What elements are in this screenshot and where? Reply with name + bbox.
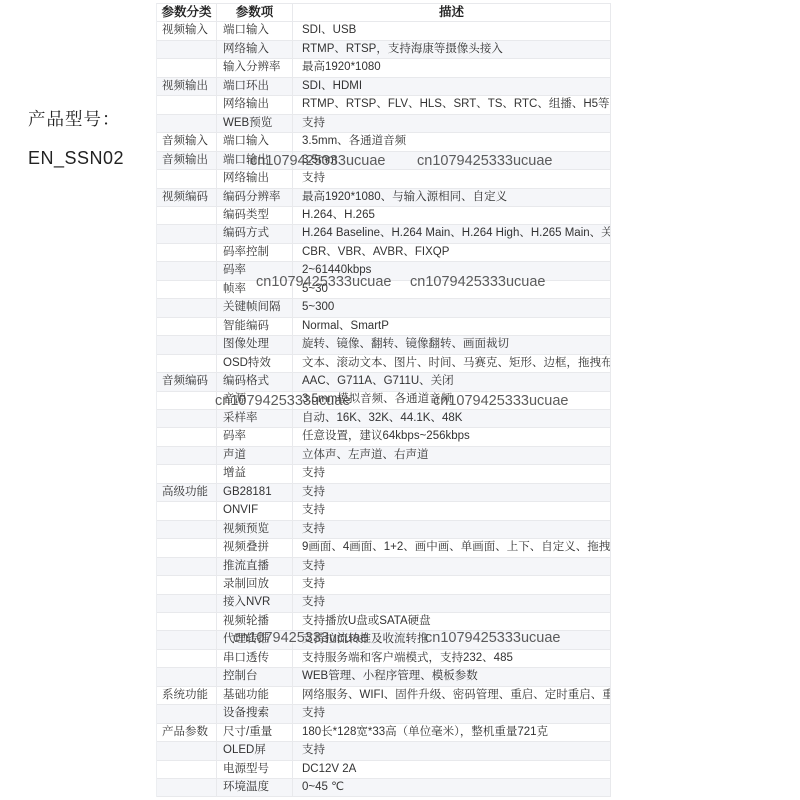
category-cell (157, 521, 217, 538)
category-cell (157, 281, 217, 298)
table-row: 码率2~61440kbps (157, 262, 610, 280)
table-row: 产品参数尺寸/重量180长*128宽*33高（单位毫米），整机重量721克 (157, 724, 610, 742)
category-cell (157, 613, 217, 630)
category-cell (157, 318, 217, 335)
table-row: 音频编码编码格式AAC、G711A、G711U、关闭 (157, 373, 610, 391)
category-cell: 音频编码 (157, 373, 217, 390)
product-model-value: EN_SSN02 (28, 148, 124, 169)
category-cell (157, 41, 217, 58)
table-row: 环境温度0~45 ℃ (157, 779, 610, 797)
item-cell: 图像处理 (217, 336, 293, 353)
table-row: 视频输出端口环出SDI、HDMI (157, 78, 610, 96)
item-cell: 码率控制 (217, 244, 293, 261)
category-cell (157, 705, 217, 722)
category-cell (157, 742, 217, 759)
desc-cell: 0~45 ℃ (293, 779, 610, 796)
table-row: 编码类型H.264、H.265 (157, 207, 610, 225)
table-row: 声道立体声、左声道、右声道 (157, 447, 610, 465)
desc-cell: 任意设置，建议64kbps~256kbps (293, 428, 610, 445)
table-row: WEB预览支持 (157, 115, 610, 133)
desc-cell: 支持 (293, 558, 610, 575)
desc-cell: 9画面、4画面、1+2、画中画、单画面、上下、自定义、拖拽布局 (293, 539, 610, 556)
table-row: 码率任意设置，建议64kbps~256kbps (157, 428, 610, 446)
item-cell: 网络输出 (217, 170, 293, 187)
category-cell (157, 336, 217, 353)
category-cell (157, 595, 217, 612)
desc-cell: 支持 (293, 576, 610, 593)
desc-cell: 支持 (293, 484, 610, 501)
desc-cell: DC12V 2A (293, 761, 610, 778)
category-cell (157, 115, 217, 132)
item-cell: 接入NVR (217, 595, 293, 612)
item-cell: 推流直播 (217, 558, 293, 575)
desc-cell: CBR、VBR、AVBR、FIXQP (293, 244, 610, 261)
category-cell (157, 650, 217, 667)
item-cell: 电源型号 (217, 761, 293, 778)
table-row: 音频输入端口输入3.5mm、各通道音频 (157, 133, 610, 151)
table-row: 输入分辨率最高1920*1080 (157, 59, 610, 77)
desc-cell: 支持播放U盘或SATA硬盘 (293, 613, 610, 630)
table-row: 推流直播支持 (157, 558, 610, 576)
item-cell: 视频轮播 (217, 613, 293, 630)
category-cell (157, 207, 217, 224)
table-row: OSD特效文本、滚动文本、图片、时间、马赛克、矩形、边框，拖拽布局 (157, 355, 610, 373)
table-row: 音频输出端口输出3.5mm (157, 152, 610, 170)
category-cell (157, 465, 217, 482)
table-header-row: 参数分类 参数项 描述 (157, 4, 610, 22)
category-cell: 系统功能 (157, 687, 217, 704)
desc-cell: Normal、SmartP (293, 318, 610, 335)
category-cell (157, 244, 217, 261)
desc-cell: 最高1920*1080 (293, 59, 610, 76)
table-row: 增益支持 (157, 465, 610, 483)
table-row: 网络输出支持 (157, 170, 610, 188)
desc-cell: 文本、滚动文本、图片、时间、马赛克、矩形、边框，拖拽布局 (293, 355, 610, 372)
item-cell: 端口环出 (217, 78, 293, 95)
table-row: ONVIF支持 (157, 502, 610, 520)
desc-cell: 立体声、左声道、右声道 (293, 447, 610, 464)
category-cell (157, 447, 217, 464)
category-cell (157, 631, 217, 648)
desc-cell: 网络服务、WIFI、固件升级、密码管理、重启、定时重启、重置、NTP (293, 687, 610, 704)
table-row: 关键帧间隔5~300 (157, 299, 610, 317)
category-cell: 视频编码 (157, 189, 217, 206)
item-cell: 声道 (217, 447, 293, 464)
spec-table: 参数分类 参数项 描述 视频输入端口输入SDI、USB网络输入RTMP、RTSP… (156, 3, 611, 797)
category-cell (157, 539, 217, 556)
item-cell: 输入分辨率 (217, 59, 293, 76)
item-cell: 帧率 (217, 281, 293, 298)
category-cell (157, 576, 217, 593)
header-category: 参数分类 (157, 4, 217, 21)
desc-cell: 支持 (293, 115, 610, 132)
table-row: 帧率5~30 (157, 281, 610, 299)
header-description: 描述 (293, 4, 610, 21)
item-cell: OSD特效 (217, 355, 293, 372)
desc-cell: H.264 Baseline、H.264 Main、H.264 High、H.2… (293, 225, 610, 242)
table-row: 网络输出RTMP、RTSP、FLV、HLS、SRT、TS、RTC、组播、H5等 (157, 96, 610, 114)
category-cell (157, 225, 217, 242)
item-cell: OLED屏 (217, 742, 293, 759)
header-item: 参数项 (217, 4, 293, 21)
item-cell: 视频预览 (217, 521, 293, 538)
item-cell: 编码格式 (217, 373, 293, 390)
category-cell (157, 355, 217, 372)
desc-cell: 支持 (293, 465, 610, 482)
item-cell: 端口输入 (217, 22, 293, 39)
desc-cell: RTMP、RTSP、FLV、HLS、SRT、TS、RTC、组播、H5等 (293, 96, 610, 113)
table-row: 代理转推支持拉流转推及收流转推 (157, 631, 610, 649)
category-cell (157, 761, 217, 778)
desc-cell: 支持 (293, 170, 610, 187)
category-cell: 音频输入 (157, 133, 217, 150)
category-cell: 音频输出 (157, 152, 217, 169)
item-cell: 采样率 (217, 410, 293, 427)
item-cell: 端口输出 (217, 152, 293, 169)
category-cell (157, 668, 217, 685)
table-row: 设备搜索支持 (157, 705, 610, 723)
item-cell: 编码方式 (217, 225, 293, 242)
category-cell (157, 502, 217, 519)
item-cell: 编码分辨率 (217, 189, 293, 206)
item-cell: 编码类型 (217, 207, 293, 224)
table-row: 接入NVR支持 (157, 595, 610, 613)
desc-cell: 5~30 (293, 281, 610, 298)
desc-cell: 3.5mm (293, 152, 610, 169)
table-row: 图像处理旋转、镜像、翻转、镜像翻转、画面裁切 (157, 336, 610, 354)
desc-cell: WEB管理、小程序管理、模板参数 (293, 668, 610, 685)
table-row: 网络输入RTMP、RTSP，支持海康等摄像头接入 (157, 41, 610, 59)
item-cell: 基础功能 (217, 687, 293, 704)
item-cell: 尺寸/重量 (217, 724, 293, 741)
item-cell: 录制回放 (217, 576, 293, 593)
category-cell (157, 262, 217, 279)
item-cell: 视频叠拼 (217, 539, 293, 556)
item-cell: 设备搜索 (217, 705, 293, 722)
category-cell: 产品参数 (157, 724, 217, 741)
table-row: OLED屏支持 (157, 742, 610, 760)
item-cell: 关键帧间隔 (217, 299, 293, 316)
table-row: 视频编码编码分辨率最高1920*1080、与输入源相同、自定义 (157, 189, 610, 207)
item-cell: 端口输入 (217, 133, 293, 150)
table-row: 视频轮播支持播放U盘或SATA硬盘 (157, 613, 610, 631)
item-cell: 代理转推 (217, 631, 293, 648)
item-cell: 网络输入 (217, 41, 293, 58)
item-cell: WEB预览 (217, 115, 293, 132)
category-cell (157, 428, 217, 445)
item-cell: 音源 (217, 392, 293, 409)
desc-cell: 2~61440kbps (293, 262, 610, 279)
item-cell: 环境温度 (217, 779, 293, 796)
table-row: 系统功能基础功能网络服务、WIFI、固件升级、密码管理、重启、定时重启、重置、N… (157, 687, 610, 705)
desc-cell: 自动、16K、32K、44.1K、48K (293, 410, 610, 427)
desc-cell: 支持 (293, 742, 610, 759)
table-row: 录制回放支持 (157, 576, 610, 594)
item-cell: 智能编码 (217, 318, 293, 335)
table-row: 智能编码Normal、SmartP (157, 318, 610, 336)
table-row: 电源型号DC12V 2A (157, 761, 610, 779)
table-row: 视频叠拼9画面、4画面、1+2、画中画、单画面、上下、自定义、拖拽布局 (157, 539, 610, 557)
table-row: 视频预览支持 (157, 521, 610, 539)
desc-cell: H.264、H.265 (293, 207, 610, 224)
table-row: 高级功能GB28181支持 (157, 484, 610, 502)
desc-cell: 5~300 (293, 299, 610, 316)
item-cell: 码率 (217, 428, 293, 445)
table-row: 控制台WEB管理、小程序管理、模板参数 (157, 668, 610, 686)
category-cell: 高级功能 (157, 484, 217, 501)
item-cell: 网络输出 (217, 96, 293, 113)
product-model-title: 产品型号： (28, 106, 124, 131)
category-cell: 视频输入 (157, 22, 217, 39)
desc-cell: RTMP、RTSP，支持海康等摄像头接入 (293, 41, 610, 58)
table-row: 串口透传支持服务端和客户端模式，支持232、485 (157, 650, 610, 668)
category-cell (157, 558, 217, 575)
desc-cell: SDI、USB (293, 22, 610, 39)
table-row: 编码方式H.264 Baseline、H.264 Main、H.264 High… (157, 225, 610, 243)
desc-cell: 支持服务端和客户端模式，支持232、485 (293, 650, 610, 667)
table-row: 音源3.5mm模拟音频、各通道音频 (157, 392, 610, 410)
table-body: 视频输入端口输入SDI、USB网络输入RTMP、RTSP，支持海康等摄像头接入输… (157, 22, 610, 797)
item-cell: 码率 (217, 262, 293, 279)
desc-cell: 支持拉流转推及收流转推 (293, 631, 610, 648)
desc-cell: 旋转、镜像、翻转、镜像翻转、画面裁切 (293, 336, 610, 353)
desc-cell: 支持 (293, 595, 610, 612)
category-cell (157, 779, 217, 796)
desc-cell: 3.5mm模拟音频、各通道音频 (293, 392, 610, 409)
desc-cell: 3.5mm、各通道音频 (293, 133, 610, 150)
desc-cell: 支持 (293, 502, 610, 519)
desc-cell: 180长*128宽*33高（单位毫米），整机重量721克 (293, 724, 610, 741)
desc-cell: 支持 (293, 705, 610, 722)
table-row: 视频输入端口输入SDI、USB (157, 22, 610, 40)
category-cell (157, 410, 217, 427)
category-cell (157, 170, 217, 187)
desc-cell: AAC、G711A、G711U、关闭 (293, 373, 610, 390)
table-row: 采样率自动、16K、32K、44.1K、48K (157, 410, 610, 428)
category-cell (157, 299, 217, 316)
desc-cell: 支持 (293, 521, 610, 538)
category-cell: 视频输出 (157, 78, 217, 95)
item-cell: 串口透传 (217, 650, 293, 667)
item-cell: 增益 (217, 465, 293, 482)
item-cell: ONVIF (217, 502, 293, 519)
category-cell (157, 96, 217, 113)
category-cell (157, 59, 217, 76)
item-cell: 控制台 (217, 668, 293, 685)
desc-cell: SDI、HDMI (293, 78, 610, 95)
desc-cell: 最高1920*1080、与输入源相同、自定义 (293, 189, 610, 206)
table-row: 码率控制CBR、VBR、AVBR、FIXQP (157, 244, 610, 262)
category-cell (157, 392, 217, 409)
product-model-label: 产品型号： EN_SSN02 (28, 106, 124, 169)
item-cell: GB28181 (217, 484, 293, 501)
